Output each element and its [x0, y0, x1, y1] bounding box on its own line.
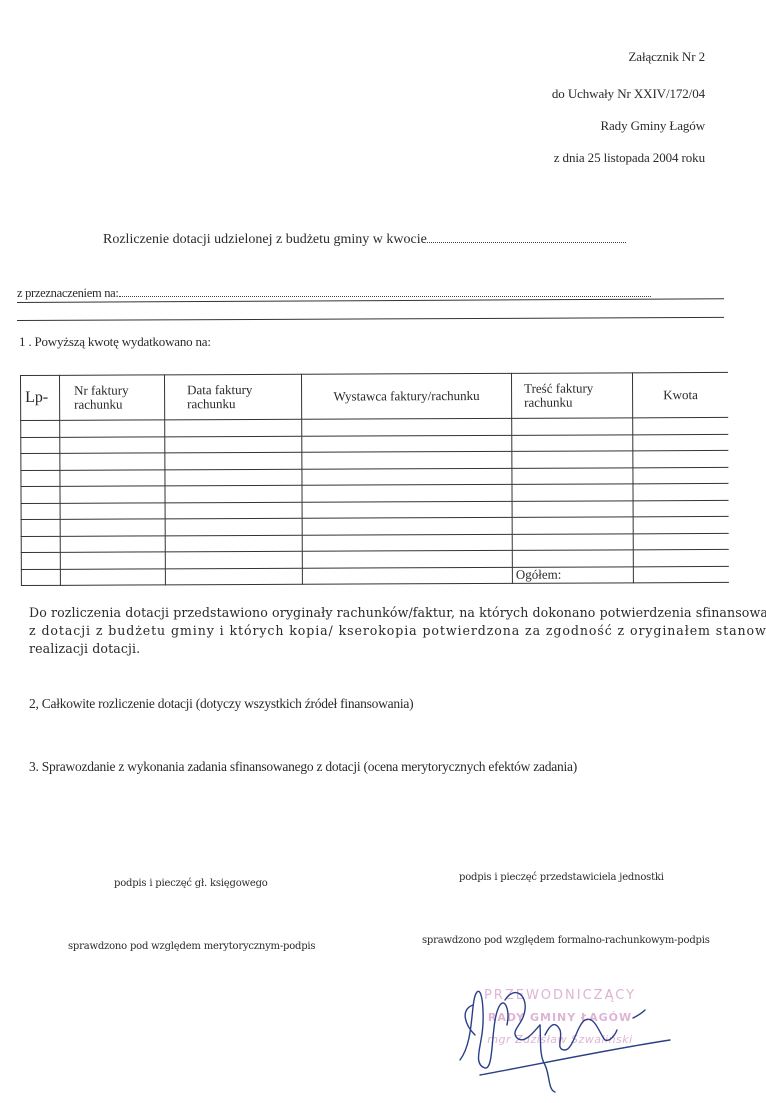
table-cell-invoice-content[interactable] [512, 418, 633, 435]
annex-number: Załącznik Nr 2 [628, 49, 705, 65]
table-cell-lp[interactable] [21, 569, 60, 586]
substantive-check-label: sprawdzono pod względem merytorycznym-po… [68, 941, 315, 952]
invoice-table: Lp-Nr fakturyrachunkuData fakturyrachunk… [20, 372, 729, 586]
column-header-invoice-date: Data fakturyrachunku [165, 374, 302, 420]
section-1-heading: 1 . Powyższą kwotę wydatkowano na: [19, 334, 211, 350]
table-cell-invoice-content[interactable] [512, 484, 633, 501]
purpose-field[interactable] [119, 286, 651, 297]
table-cell-invoice-content[interactable] [512, 500, 633, 517]
table-cell-invoice-date[interactable] [165, 535, 302, 552]
table-cell-issuer[interactable] [302, 534, 512, 551]
table-cell-issuer[interactable] [302, 550, 512, 567]
table-cell-invoice-number[interactable] [60, 552, 165, 569]
column-header-lp: Lp- [21, 375, 60, 420]
table-cell-invoice-number[interactable] [60, 519, 165, 536]
column-header-text: Kwota [637, 388, 724, 402]
table-header-row: Lp-Nr fakturyrachunkuData fakturyrachunk… [21, 372, 729, 420]
table-cell-lp[interactable] [21, 503, 60, 520]
column-header-text: Wystawca faktury/rachunku [306, 389, 507, 404]
table-cell-invoice-content[interactable] [512, 434, 633, 451]
purpose-label: z przeznaczeniem na: [17, 286, 119, 300]
table-cell-invoice-date[interactable] [165, 452, 302, 469]
table-cell-invoice-date[interactable] [165, 518, 302, 535]
table-cell-invoice-number[interactable] [60, 502, 165, 519]
section-2-heading: 2, Całkowite rozliczenie dotacji (dotycz… [29, 696, 413, 712]
table-cell-invoice-content[interactable] [512, 451, 633, 468]
table-cell-invoice-number[interactable] [60, 420, 165, 437]
table-cell-invoice-number[interactable] [60, 436, 165, 453]
table-cell-invoice-date[interactable] [165, 419, 302, 436]
total-amount-cell[interactable] [633, 566, 729, 583]
table-cell-lp[interactable] [21, 536, 60, 553]
table-cell-amount[interactable] [633, 467, 729, 484]
purpose-rule-2 [17, 317, 724, 321]
resolution-number: do Uchwały Nr XXIV/172/04 [552, 86, 705, 102]
table-cell-invoice-number[interactable] [60, 469, 165, 486]
amount-field[interactable] [427, 232, 626, 243]
table-cell-issuer[interactable] [302, 418, 512, 435]
paragraph-line: Do rozliczenia dotacji przedstawiono ory… [29, 604, 766, 622]
table-cell-issuer[interactable] [302, 468, 512, 485]
paragraph-line: z dotacji z budżetu gminy i których kopi… [29, 622, 766, 640]
form-title-text: Rozliczenie dotacji udzielonej z budżetu… [103, 232, 427, 247]
council-name: Rady Gminy Łagów [600, 118, 705, 134]
table-cell-lp[interactable] [21, 486, 60, 503]
table-cell-amount[interactable] [633, 500, 729, 517]
table-cell-amount[interactable] [633, 434, 729, 451]
table-cell-amount[interactable] [633, 450, 729, 467]
table-cell-invoice-number[interactable] [60, 453, 165, 470]
table-cell-invoice-date[interactable] [165, 485, 302, 502]
table-cell-issuer[interactable] [302, 567, 512, 584]
representative-signature-label: podpis i pieczęć przedstawiciela jednost… [459, 872, 664, 883]
table-cell-invoice-content[interactable] [512, 467, 633, 484]
column-header-text: rachunku [169, 397, 297, 412]
table-cell-invoice-number[interactable] [60, 486, 165, 503]
table-total-row: Ogółem: [21, 566, 729, 586]
table-cell-lp[interactable] [21, 437, 60, 454]
column-header-text: Lp- [25, 391, 55, 405]
table-cell-invoice-number[interactable] [60, 568, 165, 585]
table-cell-invoice-date[interactable] [165, 502, 302, 519]
column-header-amount: Kwota [632, 372, 728, 417]
table-cell-invoice-date[interactable] [165, 469, 302, 486]
table-cell-amount[interactable] [633, 417, 729, 434]
table-cell-invoice-number[interactable] [60, 535, 165, 552]
table-cell-issuer[interactable] [302, 517, 512, 534]
section-3-heading: 3. Sprawozdanie z wykonania zadania sfin… [29, 759, 577, 775]
table-cell-invoice-content[interactable] [512, 550, 633, 567]
formal-check-label: sprawdzono pod względem formalno-rachunk… [422, 935, 710, 946]
table-cell-lp[interactable] [21, 470, 60, 487]
column-header-text: rachunku [64, 397, 160, 411]
column-header-invoice-number: Nr fakturyrachunku [60, 375, 165, 420]
table-cell-lp[interactable] [21, 552, 60, 569]
form-title: Rozliczenie dotacji udzielonej z budżetu… [103, 232, 626, 248]
table-cell-lp[interactable] [21, 420, 60, 437]
resolution-date: z dnia 25 listopada 2004 roku [554, 150, 705, 166]
table-cell-issuer[interactable] [302, 501, 512, 518]
column-header-text: rachunku [516, 395, 628, 409]
column-header-invoice-content: Treść fakturyrachunku [511, 373, 632, 419]
table-cell-issuer[interactable] [302, 451, 512, 468]
table-cell-amount[interactable] [633, 483, 729, 500]
table-cell-invoice-date[interactable] [165, 551, 302, 568]
table-cell-invoice-date[interactable] [165, 568, 302, 585]
table-cell-invoice-date[interactable] [165, 436, 302, 453]
table-cell-amount[interactable] [633, 516, 729, 533]
accountant-signature-label: podpis i pieczęć gł. księgowego [114, 878, 268, 889]
table-cell-lp[interactable] [21, 453, 60, 470]
table-cell-invoice-content[interactable] [512, 533, 633, 550]
column-header-issuer: Wystawca faktury/rachunku [301, 373, 511, 419]
handwritten-signature [455, 980, 675, 1095]
originals-statement: Do rozliczenia dotacji przedstawiono ory… [29, 604, 766, 658]
total-label: Ogółem: [512, 566, 633, 583]
table-cell-amount[interactable] [633, 533, 729, 550]
paragraph-line: realizacji dotacji. [29, 640, 766, 658]
table-cell-amount[interactable] [633, 549, 729, 566]
table-cell-invoice-content[interactable] [512, 517, 633, 534]
table-cell-issuer[interactable] [302, 435, 512, 452]
table-cell-lp[interactable] [21, 519, 60, 536]
table-cell-issuer[interactable] [302, 484, 512, 501]
